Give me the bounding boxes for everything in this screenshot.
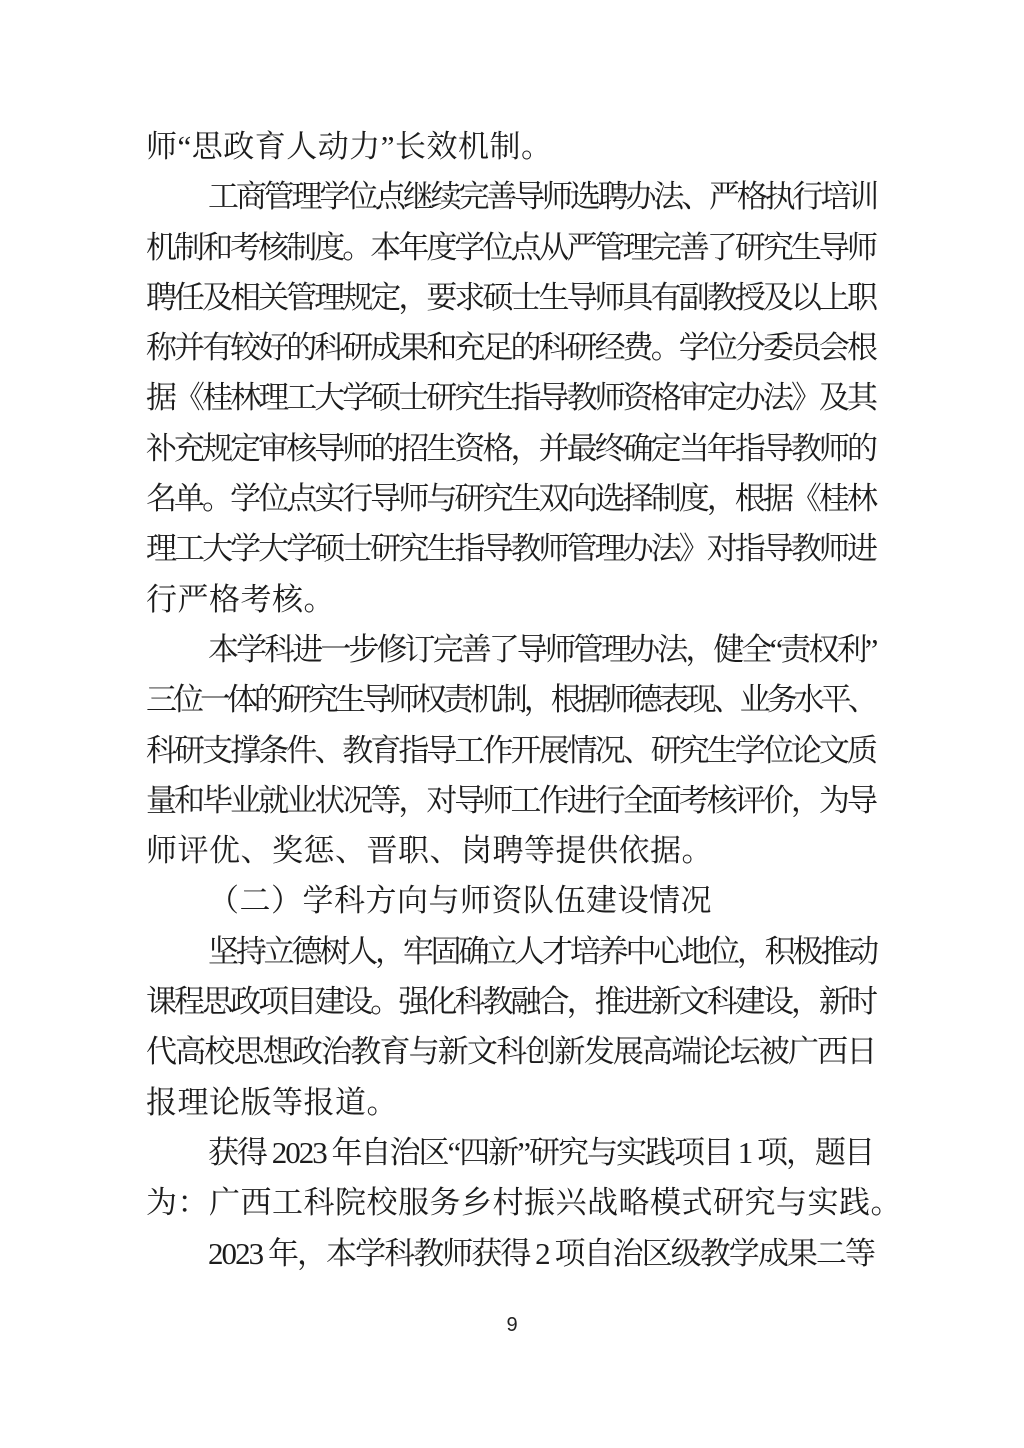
text-line: 为：广西工科院校服务乡村振兴战略模式研究与实践。: [146, 1178, 888, 1228]
page-footer: 9: [0, 1314, 1024, 1337]
text-line: 科研支撑条件、教育指导工作开展情况、研究生学位论文质: [146, 726, 888, 776]
text-line: 师评优、奖惩、晋职、岗聘等提供依据。: [146, 826, 888, 876]
text-line: 机制和考核制度。本年度学位点从严管理完善了研究生导师: [146, 223, 888, 273]
text-line-content: 获得 2023 年自治区“四新”研究与实践项目 1 项，题目: [208, 1128, 873, 1178]
text-line-content: 师评优、奖惩、晋职、岗聘等提供依据。: [146, 826, 713, 876]
text-line: 三位一体的研究生导师权责机制，根据师德表现、业务水平、: [146, 675, 888, 725]
text-line: 本学科进一步修订完善了导师管理办法，健全“责权利”: [146, 625, 888, 675]
text-line: 代高校思想政治教育与新文科创新发展高端论坛被广西日: [146, 1027, 888, 1077]
text-line-content: 坚持立德树人，牢固确立人才培养中心地位，积极推动: [208, 927, 876, 977]
text-line-content: 师“思政育人动力”长效机制。: [146, 122, 553, 172]
text-line: 课程思政项目建设。强化科教融合，推进新文科建设，新时: [146, 977, 888, 1027]
text-line: 工商管理学位点继续完善导师选聘办法、严格执行培训: [146, 172, 888, 222]
text-line: 获得 2023 年自治区“四新”研究与实践项目 1 项，题目: [146, 1128, 888, 1178]
text-line-content: 量和毕业就业状况等，对导师工作进行全面考核评价，为导: [146, 776, 875, 826]
text-line-content: 称并有较好的科研成果和充足的科研经费。学位分委员会根: [146, 323, 875, 373]
text-line-content: 本学科进一步修订完善了导师管理办法，健全“责权利”: [208, 625, 876, 675]
text-line: 坚持立德树人，牢固确立人才培养中心地位，积极推动: [146, 927, 888, 977]
page-number: 9: [506, 1314, 517, 1336]
text-line-content: 行严格考核。: [146, 575, 335, 625]
text-line-content: 理工大学大学硕士研究生指导教师管理办法》对指导教师进: [146, 524, 875, 574]
text-line: 行严格考核。: [146, 575, 888, 625]
text-line-content: 聘任及相关管理规定，要求硕士生导师具有副教授及以上职: [146, 273, 875, 323]
text-line-content: 名单。学位点实行导师与研究生双向选择制度，根据《桂林: [146, 474, 875, 524]
text-line-content: 2023 年，本学科教师获得 2 项自治区级教学成果二等: [208, 1229, 874, 1279]
text-line-content: 补充规定审核导师的招生资格，并最终确定当年指导教师的: [146, 424, 875, 474]
text-line: 名单。学位点实行导师与研究生双向选择制度，根据《桂林: [146, 474, 888, 524]
text-line: 理工大学大学硕士研究生指导教师管理办法》对指导教师进: [146, 524, 888, 574]
text-line-content: 代高校思想政治教育与新文科创新发展高端论坛被广西日: [146, 1027, 876, 1077]
text-line-content: 三位一体的研究生导师权责机制，根据师德表现、业务水平、: [146, 675, 875, 725]
text-line-content: （二）学科方向与师资队伍建设情况: [208, 876, 712, 926]
text-line-content: 科研支撑条件、教育指导工作开展情况、研究生学位论文质: [146, 726, 875, 776]
text-line: （二）学科方向与师资队伍建设情况: [146, 876, 888, 926]
text-line-content: 课程思政项目建设。强化科教融合，推进新文科建设，新时: [146, 977, 875, 1027]
document-body: 师“思政育人动力”长效机制。工商管理学位点继续完善导师选聘办法、严格执行培训机制…: [146, 122, 888, 1279]
text-line-content: 据《桂林理工大学硕士研究生指导教师资格审定办法》及其: [146, 373, 875, 423]
text-line: 补充规定审核导师的招生资格，并最终确定当年指导教师的: [146, 424, 888, 474]
document-page: 师“思政育人动力”长效机制。工商管理学位点继续完善导师选聘办法、严格执行培训机制…: [0, 0, 1024, 1448]
text-line: 聘任及相关管理规定，要求硕士生导师具有副教授及以上职: [146, 273, 888, 323]
text-line-content: 报理论版等报道。: [146, 1078, 398, 1128]
text-line: 报理论版等报道。: [146, 1078, 888, 1128]
text-line-content: 工商管理学位点继续完善导师选聘办法、严格执行培训: [208, 172, 876, 222]
text-line: 称并有较好的科研成果和充足的科研经费。学位分委员会根: [146, 323, 888, 373]
text-line-content: 为：广西工科院校服务乡村振兴战略模式研究与实践。: [146, 1178, 902, 1228]
text-line: 据《桂林理工大学硕士研究生指导教师资格审定办法》及其: [146, 373, 888, 423]
text-line: 师“思政育人动力”长效机制。: [146, 122, 888, 172]
text-line: 2023 年，本学科教师获得 2 项自治区级教学成果二等: [146, 1229, 888, 1279]
text-line: 量和毕业就业状况等，对导师工作进行全面考核评价，为导: [146, 776, 888, 826]
text-line-content: 机制和考核制度。本年度学位点从严管理完善了研究生导师: [146, 223, 875, 273]
